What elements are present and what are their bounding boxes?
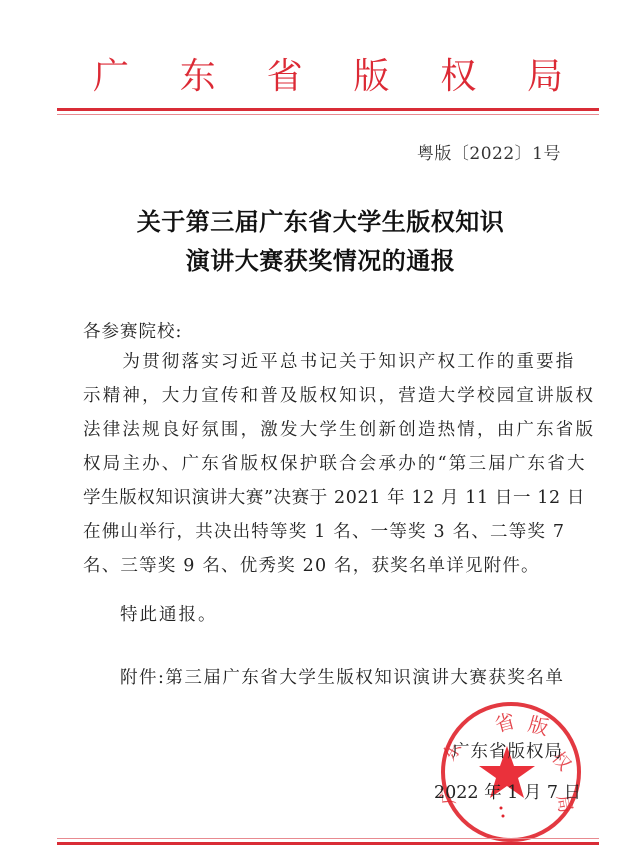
body-line: 法律法规良好氛围，激发大学生创新创造热情，由广东省版 bbox=[83, 413, 573, 447]
body-line: 权局主办、广东省版权保护联合会承办的“第三届广东省大 bbox=[83, 447, 573, 481]
closing-remark: 特此通报。 bbox=[120, 601, 218, 626]
body-line: 学生版权知识演讲大赛”决赛于 2021 年 12 月 11 日一 12 日 bbox=[83, 481, 573, 515]
signature-organization: 广东省版权局 bbox=[452, 738, 563, 763]
masthead-char: 省 bbox=[267, 59, 303, 95]
title-line-2: 演讲大赛获奖情况的通报 bbox=[0, 241, 641, 276]
masthead-char: 广 bbox=[93, 59, 129, 95]
official-seal-icon: 省 版 权 局 东 广 bbox=[439, 700, 583, 844]
masthead-char: 版 bbox=[353, 59, 389, 95]
footer-rule-thin bbox=[57, 838, 599, 839]
body-line: 示精神，大力宣传和普及版权知识，营造大学校园宣讲版权 bbox=[83, 379, 573, 413]
header-rule-thick bbox=[57, 108, 599, 111]
footer-rule-thick bbox=[57, 842, 599, 845]
signature-date: 2022 年 1 月 7 日 bbox=[434, 779, 581, 804]
masthead: 广 东 省 版 权 局 bbox=[57, 52, 599, 102]
salutation: 各参赛院校: bbox=[83, 318, 182, 343]
header-rule-thin bbox=[57, 114, 599, 115]
masthead-char: 权 bbox=[440, 59, 476, 95]
masthead-char: 局 bbox=[527, 59, 563, 95]
document-number: 粤版〔2022〕1号 bbox=[417, 139, 561, 164]
masthead-char: 东 bbox=[180, 59, 216, 95]
body-line: 为贯彻落实习近平总书记关于知识产权工作的重要指 bbox=[83, 345, 573, 379]
title-line-1: 关于第三届广东省大学生版权知识 bbox=[0, 202, 641, 237]
body-line: 名、三等奖 9 名、优秀奖 20 名，获奖名单详见附件。 bbox=[83, 549, 573, 583]
svg-text:版: 版 bbox=[526, 712, 552, 740]
attachment-note: 附件:第三届广东省大学生版权知识演讲大赛获奖名单 bbox=[120, 664, 564, 689]
svg-text:省: 省 bbox=[492, 708, 518, 736]
body-line: 在佛山举行，共决出特等奖 1 名、一等奖 3 名、二等奖 7 bbox=[83, 515, 573, 549]
body-text: 为贯彻落实习近平总书记关于知识产权工作的重要指 示精神，大力宣传和普及版权知识，… bbox=[83, 345, 573, 583]
